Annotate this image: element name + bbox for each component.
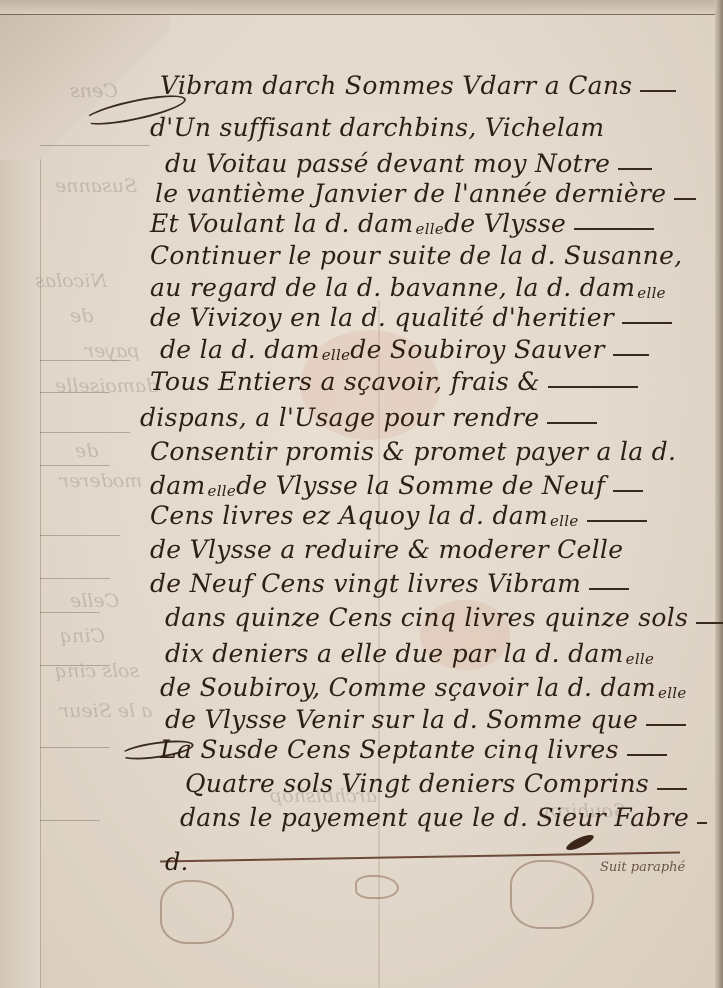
manuscript-line: de Neuf Cens vingt livres Vibram — [150, 560, 629, 598]
manuscript-line: de Vlysse a reduire & moderer Celle — [150, 526, 623, 564]
margin-rule — [40, 535, 120, 536]
line-text: Tous Entiers a sçavoir, frais & — [150, 367, 540, 396]
manuscript-page: Cens Susanne Nicolas de payer damoiselle… — [0, 0, 723, 988]
manuscript-line: dix deniers a elle due par la d. damelle — [165, 630, 654, 668]
manuscript-line: Consentir promis & promet payer a la d. — [150, 428, 676, 466]
bleed-through-text: Nicolas — [35, 270, 107, 292]
manuscript-line: La Susde Cens Septante cinq livres — [160, 726, 667, 764]
manuscript-line: dans quinze Cens cinq livres quinze sols — [165, 594, 723, 632]
bleed-through-text: sols cinq — [55, 660, 139, 682]
line-end-dash — [547, 422, 597, 424]
wax-seal-residue — [510, 860, 594, 929]
line-end-dash — [622, 322, 672, 324]
closing-mark-text: d. — [165, 848, 189, 876]
bleed-through-text: Celle — [70, 590, 119, 612]
manuscript-line: Quatre sols Vingt deniers Comprins — [185, 760, 687, 798]
line-end-dash — [548, 386, 638, 388]
line-text: Vibram darch Sommes Vdarr a Cans — [160, 71, 632, 100]
margin-rule — [40, 747, 110, 748]
line-end-dash — [613, 354, 649, 356]
bleed-through-text: a le Sieur — [60, 700, 152, 722]
bleed-through-text: moderer — [60, 470, 142, 492]
line-end-dash — [574, 228, 654, 230]
margin-rule — [40, 145, 150, 146]
line-end-dash — [696, 622, 723, 624]
line-end-dash — [640, 90, 676, 92]
manuscript-line: dans le payement que le d. Sieur Fabre — [180, 794, 707, 832]
bleed-through-text: de — [70, 305, 93, 327]
margin-rule — [40, 612, 100, 613]
line-end-dash — [697, 822, 707, 824]
margin-rule — [40, 820, 100, 821]
closing-mark: d. — [165, 838, 189, 876]
manuscript-line: Tous Entiers a sçavoir, frais & — [150, 358, 638, 396]
margin-rule — [40, 578, 110, 579]
line-text: dans quinze Cens cinq livres quinze sols — [165, 603, 688, 632]
paper-top-edge — [0, 0, 723, 15]
bleed-through-text: Cens — [70, 80, 118, 102]
manuscript-line: dispans, a l'Usage pour rendre — [140, 394, 597, 432]
manuscript-line: d'Un suffisant darchbins, Vichelam — [150, 104, 604, 142]
manuscript-line: Vibram darch Sommes Vdarr a Cans — [160, 62, 676, 100]
line-end-dash — [587, 520, 647, 522]
paper-right-edge — [715, 0, 723, 988]
line-end-dash — [657, 788, 687, 790]
line-end-dash — [589, 588, 629, 590]
manuscript-line: Cens livres ez Aquoy la d. damelle — [150, 492, 647, 530]
line-end-dash — [674, 198, 696, 200]
marginal-note: Suit paraphé — [600, 860, 685, 875]
line-text: d'Un suffisant darchbins, Vichelam — [150, 113, 604, 142]
bleed-through-text: Susanne — [55, 175, 137, 197]
wax-seal-residue — [160, 880, 234, 944]
line-end-dash — [627, 754, 667, 756]
ink-blot — [565, 832, 596, 853]
margin-rule — [40, 432, 130, 433]
bleed-through-text: payer — [85, 340, 140, 362]
margin-rule — [40, 465, 110, 466]
wax-seal-residue — [355, 875, 399, 899]
line-text: dans le payement que le d. Sieur Fabre — [180, 803, 689, 832]
bleed-through-text: Cinq — [60, 625, 105, 647]
bleed-through-text: de — [75, 440, 98, 462]
